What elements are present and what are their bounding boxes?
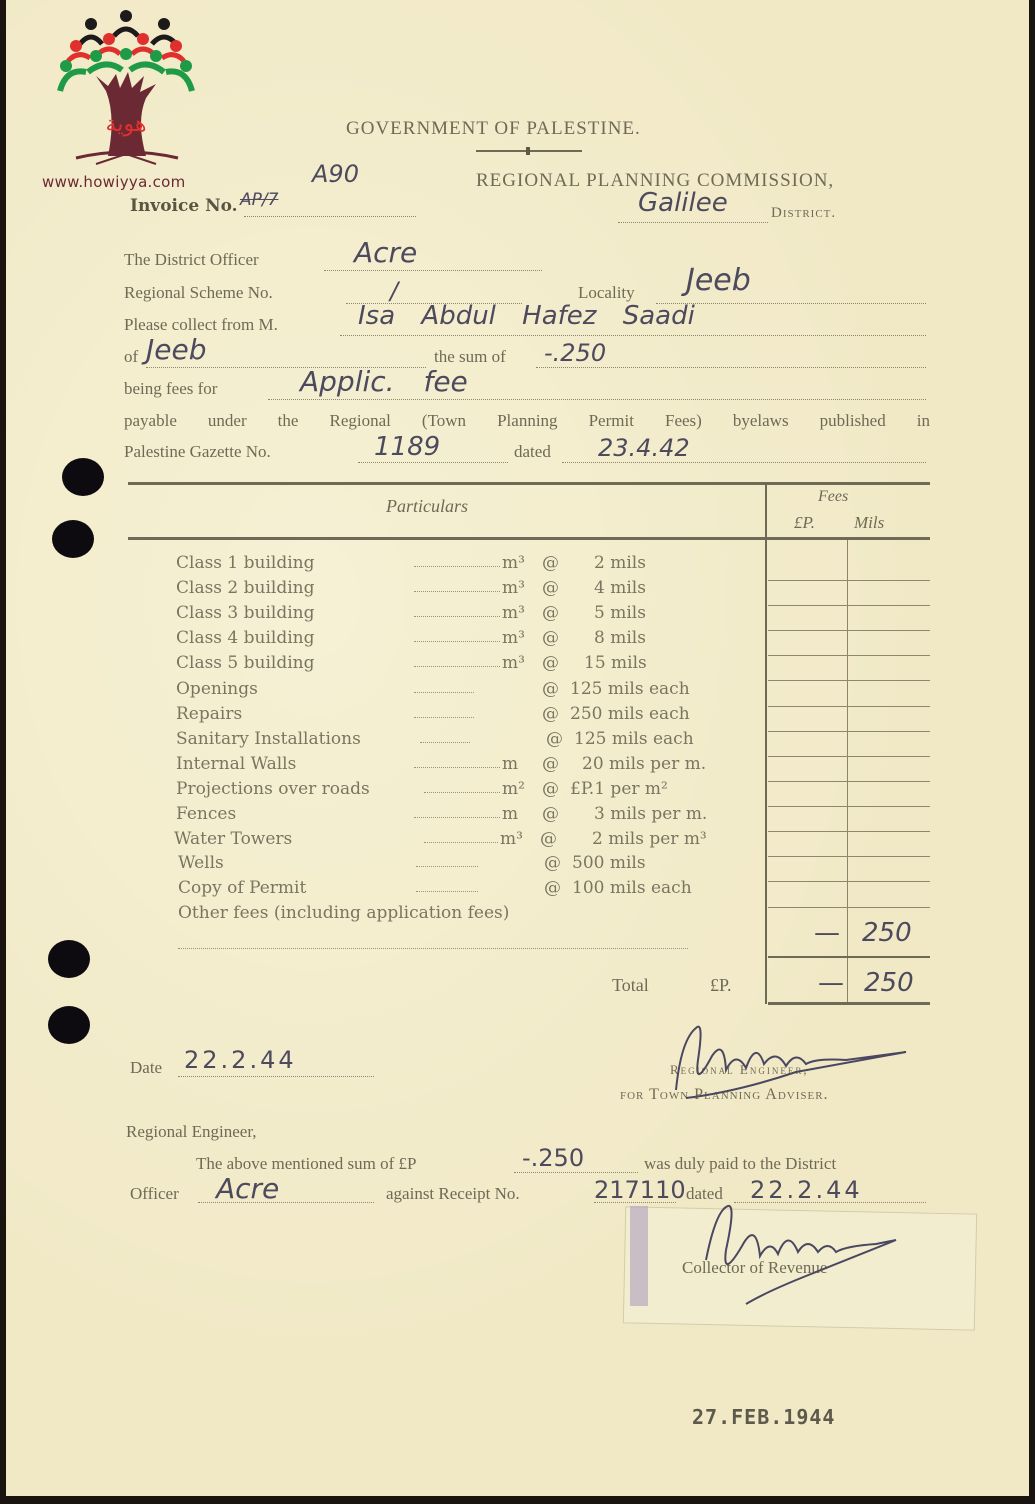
fees-row-line bbox=[768, 605, 930, 606]
district-officer-field: Acre bbox=[324, 250, 542, 271]
gazette-dated-field: 23.4.42 bbox=[562, 442, 926, 463]
paid-amount-value: -.250 bbox=[522, 1144, 584, 1172]
fee-item-unit: m³ bbox=[502, 553, 525, 573]
invoice-struck-value: AP/7 bbox=[240, 190, 278, 210]
paid-amount-field: -.250 bbox=[514, 1154, 638, 1173]
fee-item-name: Repairs bbox=[176, 704, 242, 724]
fee-item-rate: 3 mils per m. bbox=[594, 804, 707, 824]
purple-stamp-mark bbox=[630, 1206, 648, 1306]
fee-item-rate: 125 mils each bbox=[574, 729, 694, 749]
fee-item-name: Copy of Permit bbox=[178, 878, 306, 898]
fees-row-line bbox=[768, 756, 930, 757]
fee-item-unit: m bbox=[502, 754, 518, 774]
fees-row-line bbox=[768, 856, 930, 857]
fee-item-unit: m³ bbox=[500, 829, 523, 849]
fee-item-name: Class 5 building bbox=[176, 653, 315, 673]
sum-field: -.250 bbox=[536, 347, 926, 368]
invoice-field: AP/7 A90 bbox=[244, 196, 416, 217]
other-fees-dotted-line bbox=[178, 948, 688, 949]
total-label: Total bbox=[612, 975, 649, 996]
fee-item-unit: m bbox=[502, 804, 518, 824]
fees-mils-header: Mils bbox=[854, 513, 884, 533]
fees-row-line bbox=[768, 706, 930, 707]
fee-item-rate: 100 mils each bbox=[572, 878, 692, 898]
fees-subtotal-rule bbox=[768, 956, 930, 958]
fee-item-name: Sanitary Installations bbox=[176, 729, 361, 749]
fees-row-line bbox=[768, 630, 930, 631]
locality-field: Jeeb bbox=[656, 283, 926, 304]
date-received-stamp: 27.FEB.1944 bbox=[692, 1405, 835, 1429]
fees-header: Fees bbox=[818, 488, 848, 506]
total-currency: £P. bbox=[710, 975, 732, 996]
fee-item-at: @ bbox=[542, 628, 559, 648]
addressee-label: Regional Engineer, bbox=[126, 1122, 257, 1142]
receipt-label: against Receipt No. bbox=[386, 1184, 520, 1204]
locality-label: Locality bbox=[578, 283, 635, 303]
district-field: Galilee bbox=[618, 192, 768, 223]
table-top-rule bbox=[128, 482, 930, 485]
fee-item-rate: 4 mils bbox=[594, 578, 646, 598]
fee-item-rate: 8 mils bbox=[594, 628, 646, 648]
collect-from-value: Isa Abdul Hafez Saadi bbox=[358, 301, 695, 331]
punch-hole bbox=[48, 940, 90, 978]
fee-item-at: @ bbox=[542, 754, 559, 774]
fee-item-name: Fences bbox=[176, 804, 236, 824]
fee-item-rate: 15 mils bbox=[584, 653, 647, 673]
fee-item-at: @ bbox=[542, 578, 559, 598]
fee-item-at: @ bbox=[540, 829, 557, 849]
fee-item-name: Wells bbox=[178, 853, 224, 873]
fees-row-line bbox=[768, 907, 930, 908]
fees-row-line bbox=[768, 731, 930, 732]
table-mils-divider bbox=[847, 540, 848, 1004]
scheme-label: Regional Scheme No. bbox=[124, 283, 273, 303]
punch-hole bbox=[52, 520, 94, 558]
table-bottom-rule bbox=[768, 1002, 930, 1005]
district-value: Galilee bbox=[638, 188, 728, 218]
collect-from-field: Isa Abdul Hafez Saadi bbox=[340, 315, 926, 336]
engineer-signature-icon bbox=[646, 1020, 926, 1100]
fee-item-unit: m³ bbox=[502, 628, 525, 648]
header-rule-divider bbox=[476, 150, 582, 152]
fee-item-unit: m³ bbox=[502, 578, 525, 598]
other-fees-mils-value: 250 bbox=[862, 918, 912, 948]
total-mils-value: 250 bbox=[864, 968, 914, 998]
district-officer-label: The District Officer bbox=[124, 250, 259, 270]
fee-item-rate: 2 mils per m³ bbox=[592, 829, 707, 849]
document-page: هوية www.howiyya.com GOVERNMENT OF PALES… bbox=[6, 0, 1029, 1496]
officer-value: Acre bbox=[216, 1172, 279, 1205]
other-fees-label: Other fees (including application fees) bbox=[178, 903, 509, 923]
invoice-value: A90 bbox=[312, 160, 359, 188]
receipt-value: 217110 bbox=[594, 1176, 686, 1204]
particulars-header: Particulars bbox=[386, 496, 468, 517]
fee-item-name: Internal Walls bbox=[176, 754, 296, 774]
fees-row-line bbox=[768, 580, 930, 581]
fee-item-rate: 2 mils bbox=[594, 553, 646, 573]
sum-label: the sum of bbox=[434, 347, 506, 367]
gazette-label: Palestine Gazette No. bbox=[124, 442, 271, 462]
date-field: 22.2.44 bbox=[178, 1058, 374, 1077]
fee-item-rate: £P.1 per m² bbox=[570, 779, 668, 799]
district-label: District. bbox=[771, 205, 836, 222]
fee-item-name: Class 1 building bbox=[176, 553, 315, 573]
fee-item-at: @ bbox=[542, 779, 559, 799]
gazette-field: 1189 bbox=[358, 442, 508, 463]
officer-label: Officer bbox=[130, 1184, 179, 1204]
fee-item-at: @ bbox=[544, 878, 561, 898]
total-lp-value: — bbox=[818, 968, 844, 998]
fee-item-unit: m³ bbox=[502, 653, 525, 673]
fee-item-name: Class 2 building bbox=[176, 578, 315, 598]
invoice-label: Invoice No. bbox=[130, 196, 238, 216]
fee-item-at: @ bbox=[544, 853, 561, 873]
fee-item-rate: 125 mils each bbox=[570, 679, 690, 699]
fee-item-name: Water Towers bbox=[174, 829, 292, 849]
fee-item-rate: 5 mils bbox=[594, 603, 646, 623]
fees-row-line bbox=[768, 806, 930, 807]
paid-text-2: was duly paid to the District bbox=[644, 1154, 836, 1174]
svg-text:هوية: هوية bbox=[106, 112, 147, 137]
fee-item-rate: 20 mils per m. bbox=[582, 754, 706, 774]
government-title: GOVERNMENT OF PALESTINE. bbox=[346, 118, 641, 140]
fees-for-field: Applic. fee bbox=[268, 379, 926, 400]
fees-row-line bbox=[768, 680, 930, 681]
officer-field: Acre bbox=[198, 1184, 374, 1203]
howiyya-tree-logo-icon: هوية bbox=[56, 6, 196, 171]
fees-row-line bbox=[768, 881, 930, 882]
district-officer-value: Acre bbox=[354, 236, 417, 269]
watermark-url: www.howiyya.com bbox=[42, 173, 186, 191]
fee-item-unit: m² bbox=[502, 779, 525, 799]
fee-item-at: @ bbox=[542, 704, 559, 724]
other-fees-lp-value: — bbox=[814, 918, 840, 948]
date-value: 22.2.44 bbox=[184, 1046, 297, 1074]
of-label: of bbox=[124, 347, 138, 367]
paid-text-1: The above mentioned sum of £P bbox=[196, 1154, 417, 1174]
fees-for-value: Applic. fee bbox=[300, 365, 468, 398]
fee-item-at: @ bbox=[542, 553, 559, 573]
table-fees-divider bbox=[765, 484, 767, 1004]
receipt-field: 217110 bbox=[594, 1184, 676, 1203]
fee-item-rate: 500 mils bbox=[572, 853, 646, 873]
fee-item-at: @ bbox=[542, 804, 559, 824]
gazette-dated-label: dated bbox=[514, 442, 551, 462]
fees-row-line bbox=[768, 655, 930, 656]
locality-value: Jeeb bbox=[686, 263, 751, 298]
collect-from-label: Please collect from M. bbox=[124, 315, 278, 335]
fees-row-line bbox=[768, 831, 930, 832]
gazette-dated-value: 23.4.42 bbox=[598, 434, 690, 462]
table-header-rule bbox=[128, 537, 930, 540]
collector-signature-icon bbox=[686, 1200, 926, 1310]
payable-text: payable under the Regional (Town Plannin… bbox=[124, 411, 930, 431]
punch-hole bbox=[62, 458, 104, 496]
of-value: Jeeb bbox=[146, 333, 206, 366]
fee-item-name: Class 3 building bbox=[176, 603, 315, 623]
fee-item-at: @ bbox=[546, 729, 563, 749]
fee-item-at: @ bbox=[542, 603, 559, 623]
fees-row-line bbox=[768, 781, 930, 782]
fee-item-unit: m³ bbox=[502, 603, 525, 623]
sum-value: -.250 bbox=[544, 339, 606, 367]
fee-item-at: @ bbox=[542, 653, 559, 673]
fee-item-name: Class 4 building bbox=[176, 628, 315, 648]
fee-item-name: Projections over roads bbox=[176, 779, 370, 799]
fee-item-name: Openings bbox=[176, 679, 258, 699]
gazette-value: 1189 bbox=[374, 432, 440, 462]
date-label: Date bbox=[130, 1058, 162, 1078]
fee-item-at: @ bbox=[542, 679, 559, 699]
fees-for-label: being fees for bbox=[124, 379, 217, 399]
fee-item-rate: 250 mils each bbox=[570, 704, 690, 724]
fees-lp-header: £P. bbox=[794, 513, 815, 533]
punch-hole bbox=[48, 1006, 90, 1044]
